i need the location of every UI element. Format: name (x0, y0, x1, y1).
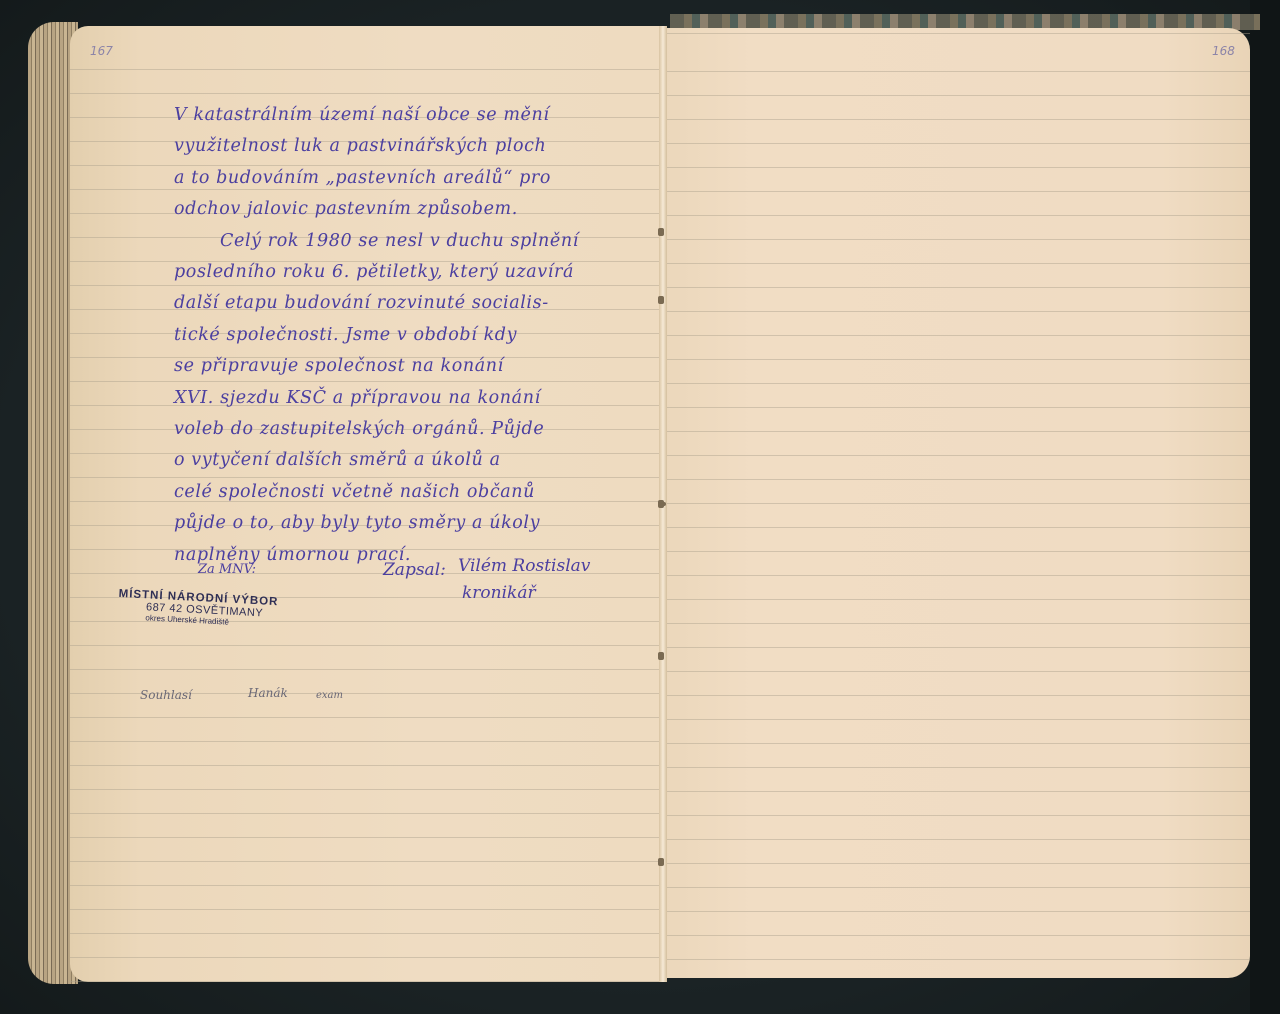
pencil-approval-extra: exam (316, 690, 343, 701)
text-line: Celý rok 1980 se nesl v duchu splnění (174, 226, 644, 257)
binding-stitch (660, 502, 666, 506)
binding-stitch (658, 228, 664, 236)
text-line: půjde o to, aby byly tyto směry a úkoly (174, 508, 644, 539)
text-line: posledního roku 6. pětiletky, který uzav… (174, 257, 644, 288)
page-number-left: 167 (90, 44, 113, 58)
text-line: V katastrálním území naší obce se mění (174, 100, 644, 131)
text-line: se připravuje společnost na konání (174, 351, 644, 382)
text-line: využitelnost luk a pastvinářských ploch (174, 131, 644, 162)
text-line: XVI. sjezdu KSČ a přípravou na konání (174, 383, 644, 414)
pencil-approval-name: Hanák (248, 686, 288, 700)
ruled-lines (664, 28, 1250, 978)
page-number-right: 168 (1212, 44, 1235, 58)
text-line: o vytyčení dalších směrů a úkolů a (174, 445, 644, 476)
binding-stitch (658, 652, 664, 660)
text-line: odchov jalovic pastevním způsobem. (174, 194, 644, 225)
cover-edge (1250, 0, 1280, 1014)
text-line: celé společnosti včetně našich občanů (174, 477, 644, 508)
recorder-role: kronikář (462, 583, 536, 603)
binding-stitch (658, 858, 664, 866)
right-page (664, 28, 1250, 978)
text-line: voleb do zastupitelských orgánů. Půjde (174, 414, 644, 445)
binding-stitch (658, 296, 664, 304)
pencil-approval-label: Souhlasí (140, 688, 192, 702)
text-line: a to budováním „pastevních areálů“ pro (174, 163, 644, 194)
recorder-signature: Vilém Rostislav (458, 556, 590, 576)
recorded-by-label: Zapsal: (383, 560, 446, 580)
handwritten-body: V katastrálním území naší obce se mění v… (174, 100, 644, 571)
text-line: tické společnosti. Jsme v období kdy (174, 320, 644, 351)
text-line: další etapu budování rozvinuté socialis- (174, 288, 644, 319)
for-mnv-label: Za MNV: (198, 562, 256, 577)
